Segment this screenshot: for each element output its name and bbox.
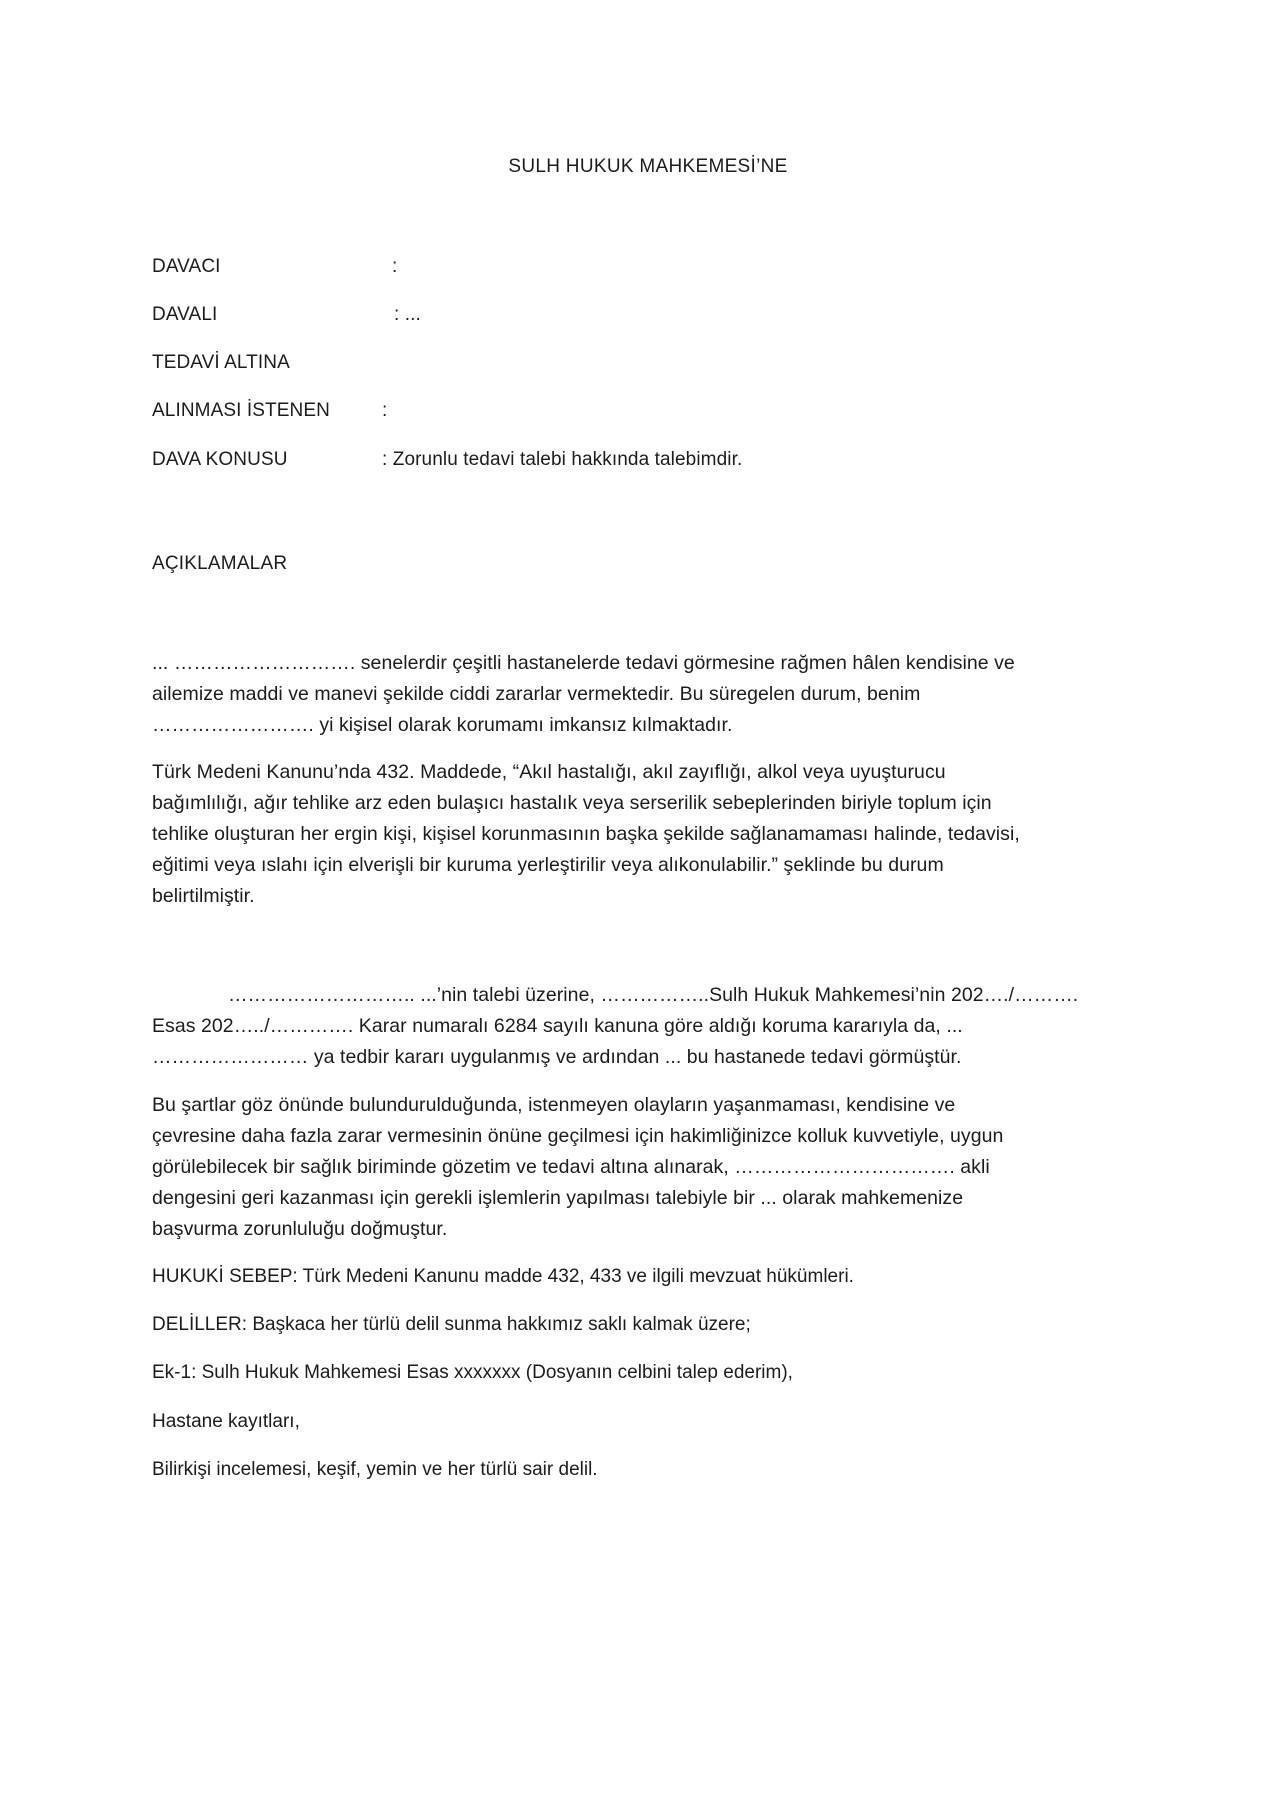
- evidence-item-1: Ek-1: Sulh Hukuk Mahkemesi Esas xxxxxxx …: [152, 1362, 793, 1384]
- party-alinmasi-istenen: ALINMASI İSTENEN :: [152, 400, 330, 422]
- party-davali: DAVALI : ...: [152, 304, 217, 326]
- evidence-item-2: Hastane kayıtları,: [152, 1411, 300, 1433]
- party-value: : Zorunlu tedavi talebi hakkında talebim…: [382, 449, 742, 471]
- paragraph-line: ……………………. yi kişisel olarak korumamı imk…: [152, 714, 732, 737]
- paragraph-line: tehlike oluşturan her ergin kişi, kişise…: [152, 823, 1020, 846]
- paragraph-line: Bu şartlar göz önünde bulundurulduğunda,…: [152, 1094, 955, 1117]
- party-label: DAVA KONUSU: [152, 449, 288, 471]
- party-value: : ...: [394, 304, 421, 326]
- paragraph-line: görülebilecek bir sağlık biriminde gözet…: [152, 1156, 990, 1179]
- party-dava-konusu: DAVA KONUSU : Zorunlu tedavi talebi hakk…: [152, 449, 288, 471]
- document-page: SULH HUKUK MAHKEMESİ’NE DAVACI : DAVALI …: [0, 0, 1280, 1810]
- paragraph-line: dengesini geri kazanması için gerekli iş…: [152, 1187, 963, 1210]
- section-heading: AÇIKLAMALAR: [152, 553, 287, 575]
- party-label: ALINMASI İSTENEN: [152, 400, 330, 422]
- party-davaci: DAVACI :: [152, 256, 221, 278]
- paragraph-line: eğitimi veya ıslahı için elverişli bir k…: [152, 854, 944, 877]
- party-label: DAVALI: [152, 304, 217, 326]
- paragraph-line: ……………………….. ...’nin talebi üzerine, ……………: [228, 984, 1078, 1007]
- party-label: DAVACI: [152, 256, 221, 278]
- party-value: :: [382, 400, 387, 422]
- party-label: TEDAVİ ALTINA: [152, 352, 290, 374]
- party-tedavi-altina: TEDAVİ ALTINA: [152, 352, 290, 374]
- paragraph-line: bağımlılığı, ağır tehlike arz eden bulaş…: [152, 792, 992, 815]
- paragraph-line: ... ………………………. senelerdir çeşitli hastan…: [152, 652, 1015, 675]
- evidence-item-3: Bilirkişi incelemesi, keşif, yemin ve he…: [152, 1459, 598, 1481]
- evidence-intro: DELİLLER: Başkaca her türlü delil sunma …: [152, 1314, 751, 1336]
- paragraph-line: ailemize maddi ve manevi şekilde ciddi z…: [152, 683, 920, 706]
- paragraph-line: Türk Medeni Kanunu’nda 432. Maddede, “Ak…: [152, 761, 946, 784]
- paragraph-line: belirtilmiştir.: [152, 885, 255, 908]
- party-value: :: [392, 256, 397, 278]
- legal-basis: HUKUKİ SEBEP: Türk Medeni Kanunu madde 4…: [152, 1266, 854, 1288]
- document-title: SULH HUKUK MAHKEMESİ’NE: [0, 156, 1280, 178]
- paragraph-line: Esas 202…../…………. Karar numaralı 6284 sa…: [152, 1015, 963, 1038]
- paragraph-line: başvurma zorunluluğu doğmuştur.: [152, 1218, 447, 1241]
- paragraph-line: …………………… ya tedbir kararı uygulanmış ve …: [152, 1046, 961, 1069]
- paragraph-line: çevresine daha fazla zarar vermesinin ön…: [152, 1125, 1003, 1148]
